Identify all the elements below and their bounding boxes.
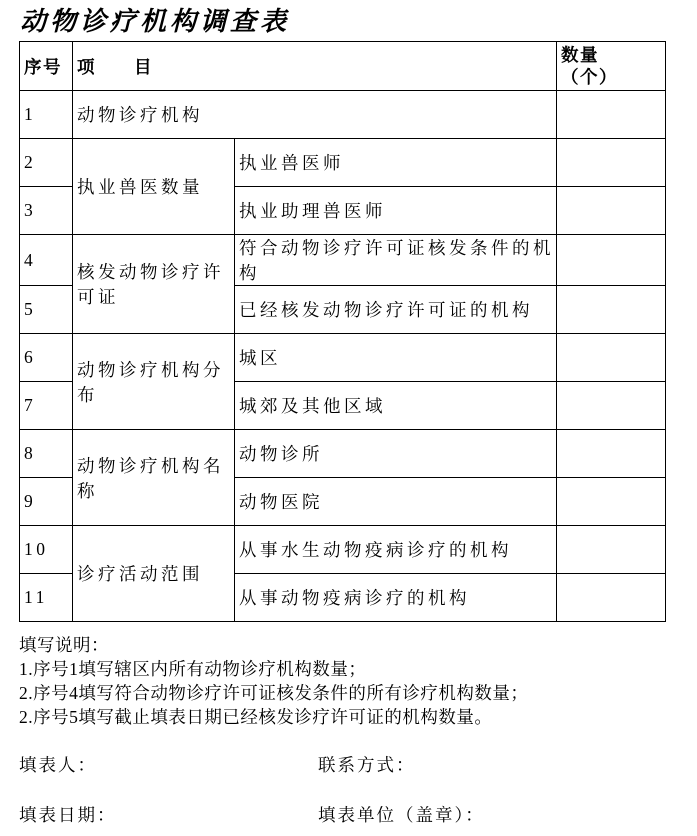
form-title: 动物诊疗机构调查表 xyxy=(20,7,697,37)
unit-label: 填表单位（盖章）： xyxy=(318,802,485,827)
fill-instructions: 填写说明： 1.序号1填写辖区内所有动物诊疗机构数量； 2.序号4填写符合动物诊… xyxy=(19,633,697,729)
row-number: 1 xyxy=(20,91,73,139)
qty-cell[interactable] xyxy=(557,526,666,574)
table-header-row: 序号 项 目 数量 （个） xyxy=(20,42,666,91)
row-number: 8 xyxy=(20,430,73,478)
signature-row-2: 填表日期： 填表单位（盖章）： xyxy=(19,802,697,826)
group-cell: 核发动物诊疗许可证 xyxy=(73,235,235,334)
qty-cell[interactable] xyxy=(557,430,666,478)
group-cell: 动物诊疗机构名称 xyxy=(73,430,235,526)
item-cell: 动物诊疗机构 xyxy=(73,91,557,139)
qty-cell[interactable] xyxy=(557,574,666,622)
row-number: 11 xyxy=(20,574,73,622)
qty-cell[interactable] xyxy=(557,334,666,382)
item-cell: 执业助理兽医师 xyxy=(235,187,557,235)
item-cell: 从事动物疫病诊疗的机构 xyxy=(235,574,557,622)
row-number: 7 xyxy=(20,382,73,430)
notes-heading: 填写说明： xyxy=(19,633,697,657)
note-line-2: 2.序号4填写符合动物诊疗许可证核发条件的所有诊疗机构数量； xyxy=(19,681,697,705)
row-number: 3 xyxy=(20,187,73,235)
item-cell: 城区 xyxy=(235,334,557,382)
document-page: 动物诊疗机构调查表 序号 项 目 数量 （个） 1 动物诊疗机构 2 执业兽医数… xyxy=(0,0,697,826)
group-cell: 动物诊疗机构分布 xyxy=(73,334,235,430)
item-cell: 从事水生动物疫病诊疗的机构 xyxy=(235,526,557,574)
item-cell: 动物诊所 xyxy=(235,430,557,478)
qty-cell[interactable] xyxy=(557,235,666,286)
table-row-8: 8 动物诊疗机构名称 动物诊所 xyxy=(20,430,666,478)
col-header-no: 序号 xyxy=(20,42,73,91)
date-label: 填表日期： xyxy=(19,805,117,825)
survey-table: 序号 项 目 数量 （个） 1 动物诊疗机构 2 执业兽医数量 执业兽医师 3 … xyxy=(19,41,666,622)
row-number: 10 xyxy=(20,526,73,574)
col-header-qty: 数量 （个） xyxy=(557,42,666,91)
row-number: 4 xyxy=(20,235,73,286)
qty-cell[interactable] xyxy=(557,139,666,187)
row-number: 9 xyxy=(20,478,73,526)
col-header-item: 项 目 xyxy=(73,42,557,91)
contact-label: 联系方式： xyxy=(318,752,416,777)
row-number: 2 xyxy=(20,139,73,187)
table-row-6: 6 动物诊疗机构分布 城区 xyxy=(20,334,666,382)
item-cell: 符合动物诊疗许可证核发条件的机构 xyxy=(235,235,557,286)
item-cell: 执业兽医师 xyxy=(235,139,557,187)
qty-cell[interactable] xyxy=(557,187,666,235)
table-row-1: 1 动物诊疗机构 xyxy=(20,91,666,139)
qty-cell[interactable] xyxy=(557,478,666,526)
row-number: 6 xyxy=(20,334,73,382)
item-cell: 已经核发动物诊疗许可证的机构 xyxy=(235,286,557,334)
filler-label: 填表人： xyxy=(19,755,97,775)
table-row-10: 10 诊疗活动范围 从事水生动物疫病诊疗的机构 xyxy=(20,526,666,574)
group-cell: 执业兽医数量 xyxy=(73,139,235,235)
signature-row-1: 填表人： 联系方式： xyxy=(19,752,697,776)
item-cell: 城郊及其他区域 xyxy=(235,382,557,430)
table-row-4: 4 核发动物诊疗许可证 符合动物诊疗许可证核发条件的机构 xyxy=(20,235,666,286)
qty-cell[interactable] xyxy=(557,91,666,139)
item-cell: 动物医院 xyxy=(235,478,557,526)
note-line-3: 2.序号5填写截止填表日期已经核发诊疗许可证的机构数量。 xyxy=(19,705,697,729)
table-row-2: 2 执业兽医数量 执业兽医师 xyxy=(20,139,666,187)
group-cell: 诊疗活动范围 xyxy=(73,526,235,622)
qty-cell[interactable] xyxy=(557,286,666,334)
row-number: 5 xyxy=(20,286,73,334)
note-line-1: 1.序号1填写辖区内所有动物诊疗机构数量； xyxy=(19,657,697,681)
qty-cell[interactable] xyxy=(557,382,666,430)
